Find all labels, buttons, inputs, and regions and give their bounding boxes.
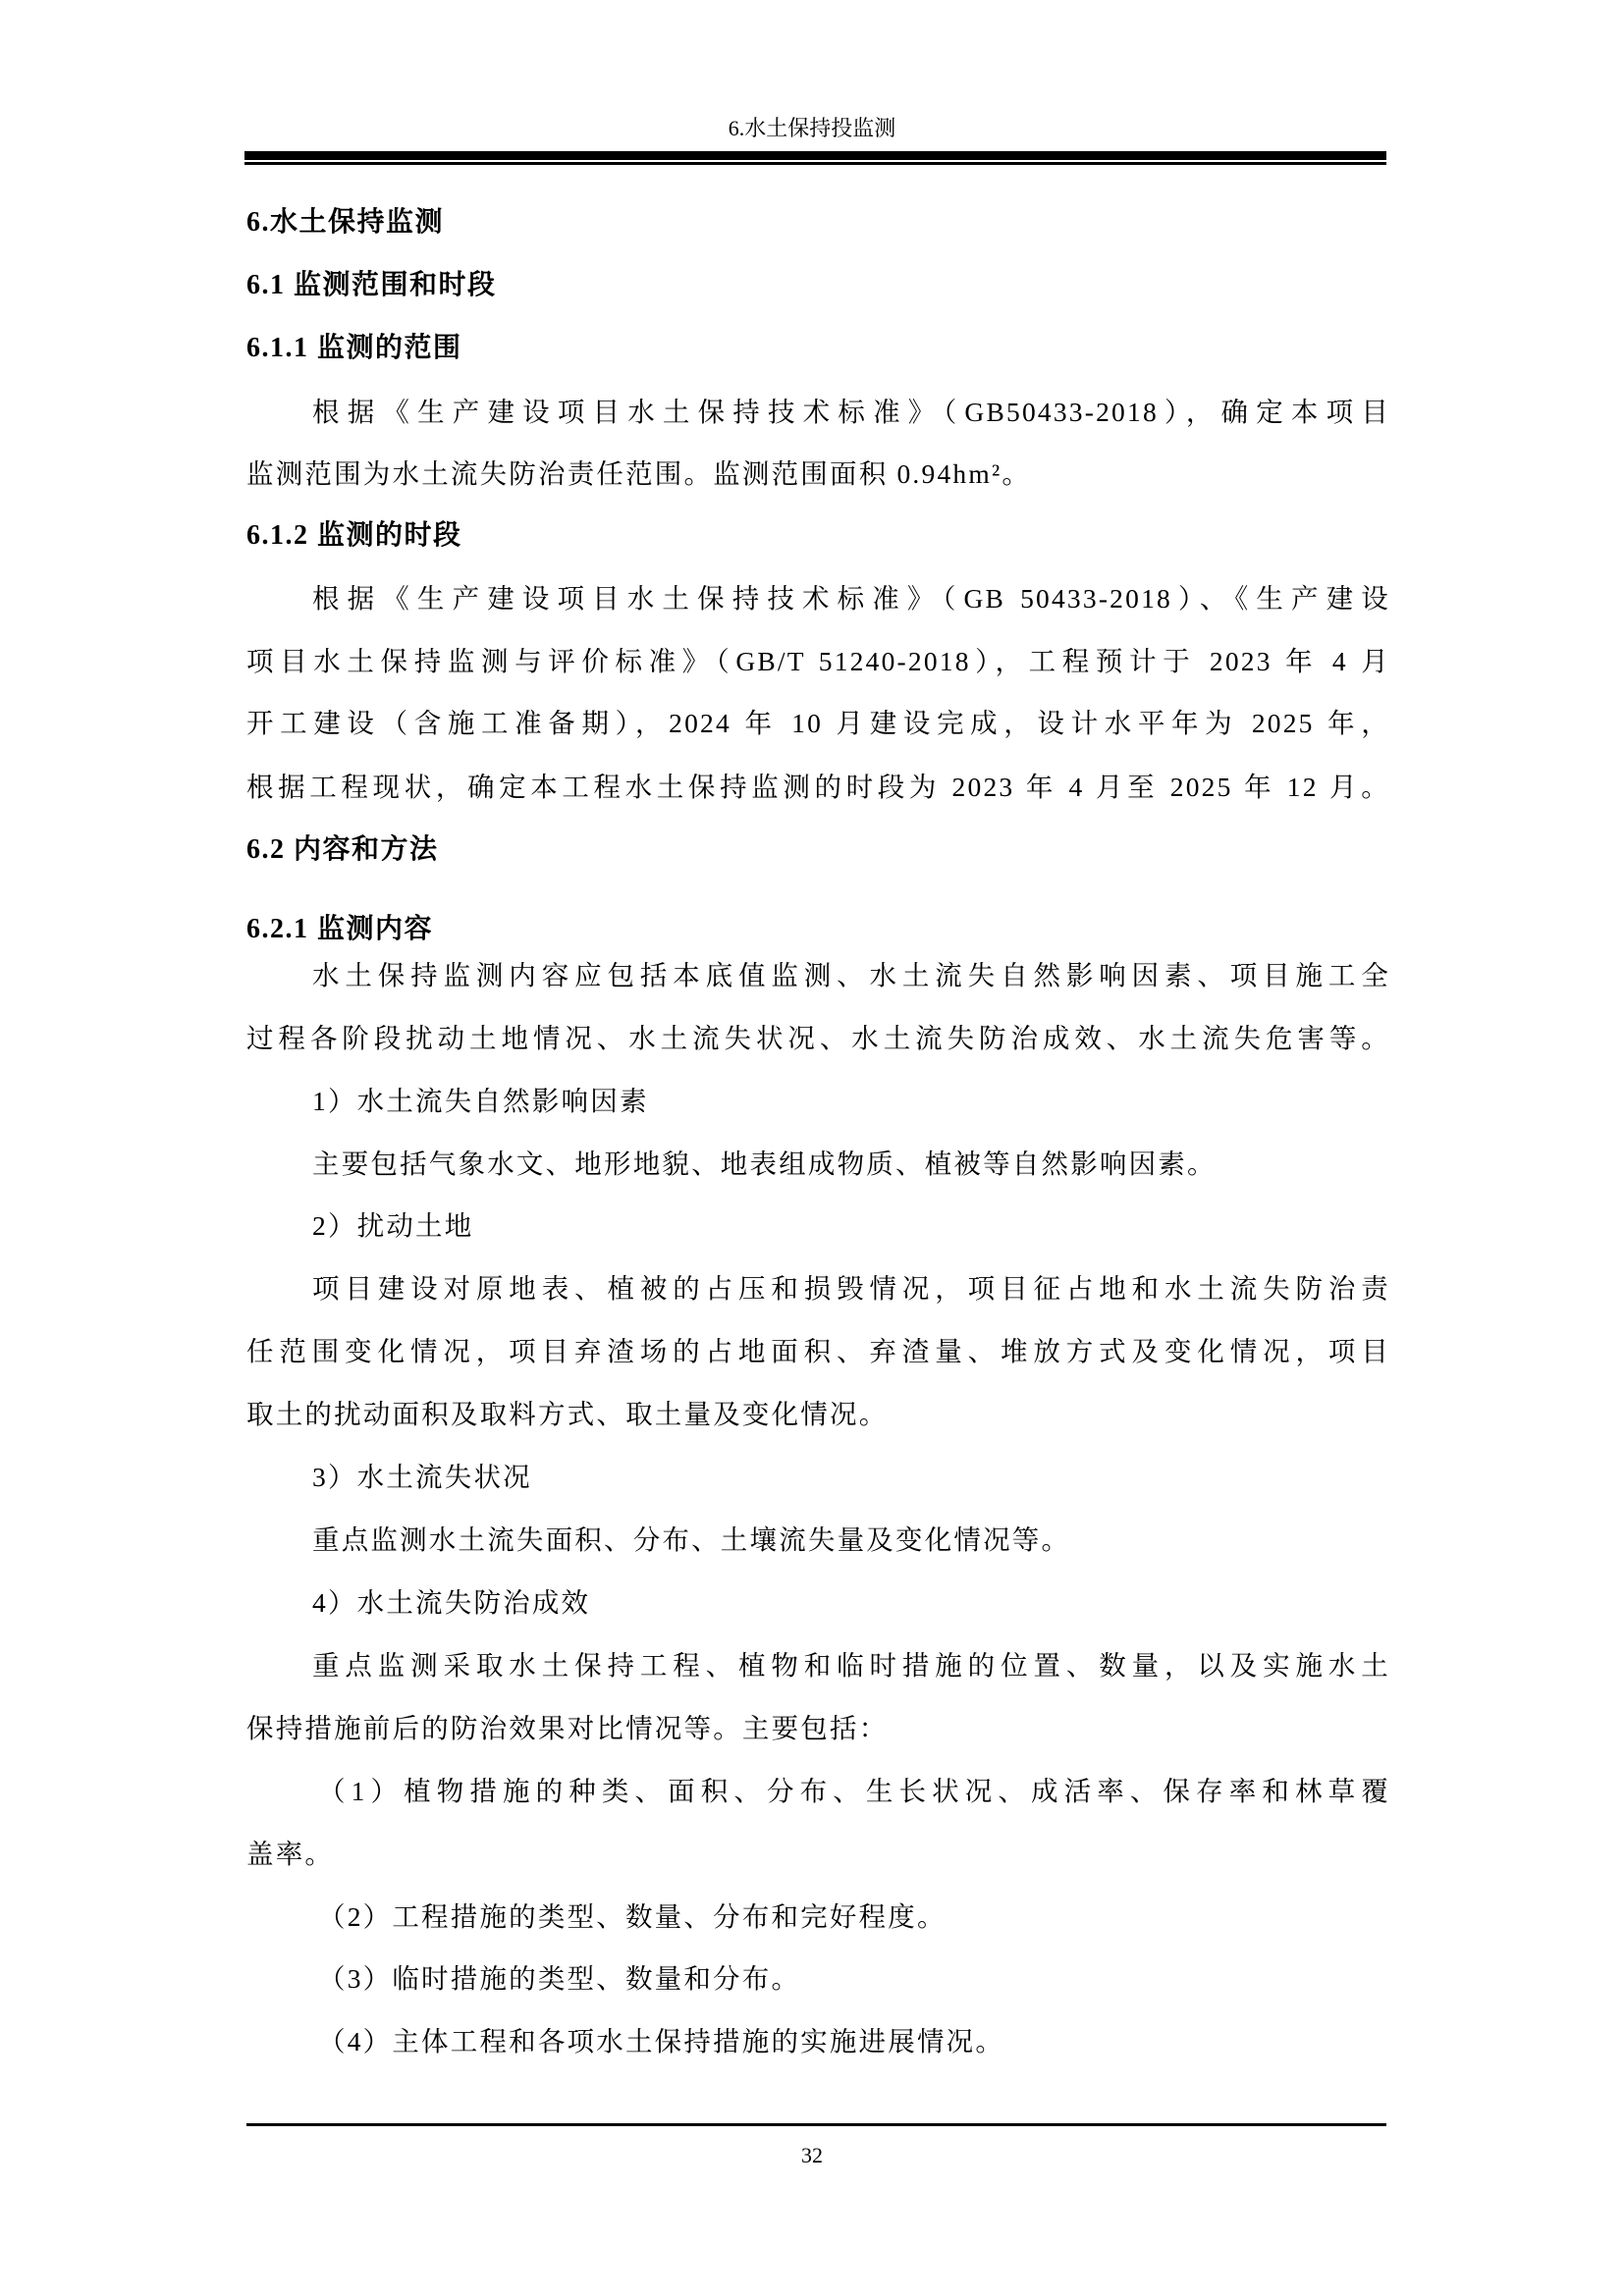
subsection-heading-6-2-1: 6.2.1 监测内容	[246, 910, 433, 949]
paragraph-line: 项目水土保持监测与评价标准》（GB/T 51240-2018），工程预计于 20…	[246, 642, 1390, 681]
list-item-body: 重点监测水土流失面积、分布、土壤流失量及变化情况等。	[312, 1521, 1456, 1560]
list-item-body: 任范围变化情况，项目弃渣场的占地面积、弃渣量、堆放方式及变化情况，项目	[246, 1332, 1390, 1371]
sub-list-item: （4）主体工程和各项水土保持措施的实施进展情况。	[318, 2022, 1462, 2061]
paragraph-line: 根据工程现状，确定本工程水土保持监测的时段为 2023 年 4 月至 2025 …	[246, 768, 1390, 807]
paragraph-line: 根据《生产建设项目水土保持技术标准》（GB 50433-2018）、《生产建设	[312, 579, 1390, 618]
header-rule-thick	[244, 151, 1386, 160]
sub-list-item: 盖率。	[246, 1835, 1390, 1874]
list-item-body: 主要包括气象水文、地形地貌、地表组成物质、植被等自然影响因素。	[312, 1145, 1456, 1184]
page-number: 32	[0, 2142, 1624, 2169]
section-heading-6-2: 6.2 内容和方法	[246, 830, 439, 870]
sub-list-item: （1）植物措施的种类、面积、分布、生长状况、成活率、保存率和林草覆	[318, 1772, 1390, 1811]
paragraph-line: 根据《生产建设项目水土保持技术标准》（GB50433-2018），确定本项目	[312, 393, 1390, 432]
list-item-body: 保持措施前后的防治效果对比情况等。主要包括：	[246, 1709, 1390, 1748]
running-header: 6.水土保持投监测	[0, 114, 1624, 143]
paragraph-line: 监测范围为水土流失防治责任范围。监测范围面积 0.94hm²。	[246, 454, 1390, 494]
list-item-body: 项目建设对原地表、植被的占压和损毁情况，项目征占地和水土流失防治责	[312, 1269, 1390, 1308]
list-item-body: 取土的扰动面积及取料方式、取土量及变化情况。	[246, 1395, 1390, 1434]
paragraph-line: 过程各阶段扰动土地情况、水土流失状况、水土流失防治成效、水土流失危害等。	[246, 1019, 1390, 1058]
section-heading-6-1: 6.1 监测范围和时段	[246, 266, 497, 305]
list-item-body: 重点监测采取水土保持工程、植物和临时措施的位置、数量，以及实施水土	[312, 1646, 1390, 1685]
paragraph-line: 开工建设（含施工准备期），2024 年 10 月建设完成，设计水平年为 2025…	[246, 704, 1390, 743]
subsection-heading-6-1-2: 6.1.2 监测的时段	[246, 516, 462, 556]
sub-list-item: （3）临时措施的类型、数量和分布。	[318, 1959, 1462, 1999]
footer-rule	[246, 2123, 1386, 2126]
list-item-title: 4）水土流失防治成效	[312, 1583, 1456, 1623]
sub-list-item: （2）工程措施的类型、数量、分布和完好程度。	[318, 1897, 1462, 1937]
list-item-title: 2）扰动土地	[312, 1206, 1456, 1246]
subsection-heading-6-1-1: 6.1.1 监测的范围	[246, 329, 462, 368]
list-item-title: 3）水土流失状况	[312, 1458, 1456, 1497]
list-item-title: 1）水土流失自然影响因素	[312, 1082, 1456, 1121]
chapter-heading: 6.水土保持监测	[246, 203, 444, 242]
paragraph-line: 水土保持监测内容应包括本底值监测、水土流失自然影响因素、项目施工全	[312, 956, 1390, 995]
header-rule-thin	[244, 162, 1386, 165]
